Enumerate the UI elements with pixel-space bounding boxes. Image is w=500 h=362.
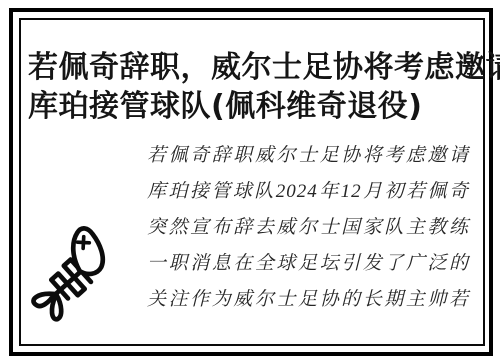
body-line-2: 库珀接管球队2024年12月初若佩奇 (147, 174, 469, 210)
article-title: 若佩奇辞职，威尔士足协将考虑邀请 库珀接管球队(佩科维奇退役) (28, 48, 474, 126)
body-line-5: 关注作为威尔士足协的长期主帅若 (147, 282, 469, 318)
title-line-1: 若佩奇辞职，威尔士足协将考虑邀请 (28, 48, 474, 87)
title-line-2: 库珀接管球队(佩科维奇退役) (28, 87, 474, 126)
fish-skeleton-icon (20, 226, 124, 330)
body-line-1: 若佩奇辞职威尔士足协将考虑邀请 (147, 138, 469, 174)
body-line-4: 一职消息在全球足坛引发了广泛的 (147, 246, 469, 282)
body-line-3: 突然宣布辞去威尔士国家队主教练 (147, 210, 469, 246)
article-body: 若佩奇辞职威尔士足协将考虑邀请 库珀接管球队2024年12月初若佩奇 突然宣布辞… (147, 138, 469, 318)
